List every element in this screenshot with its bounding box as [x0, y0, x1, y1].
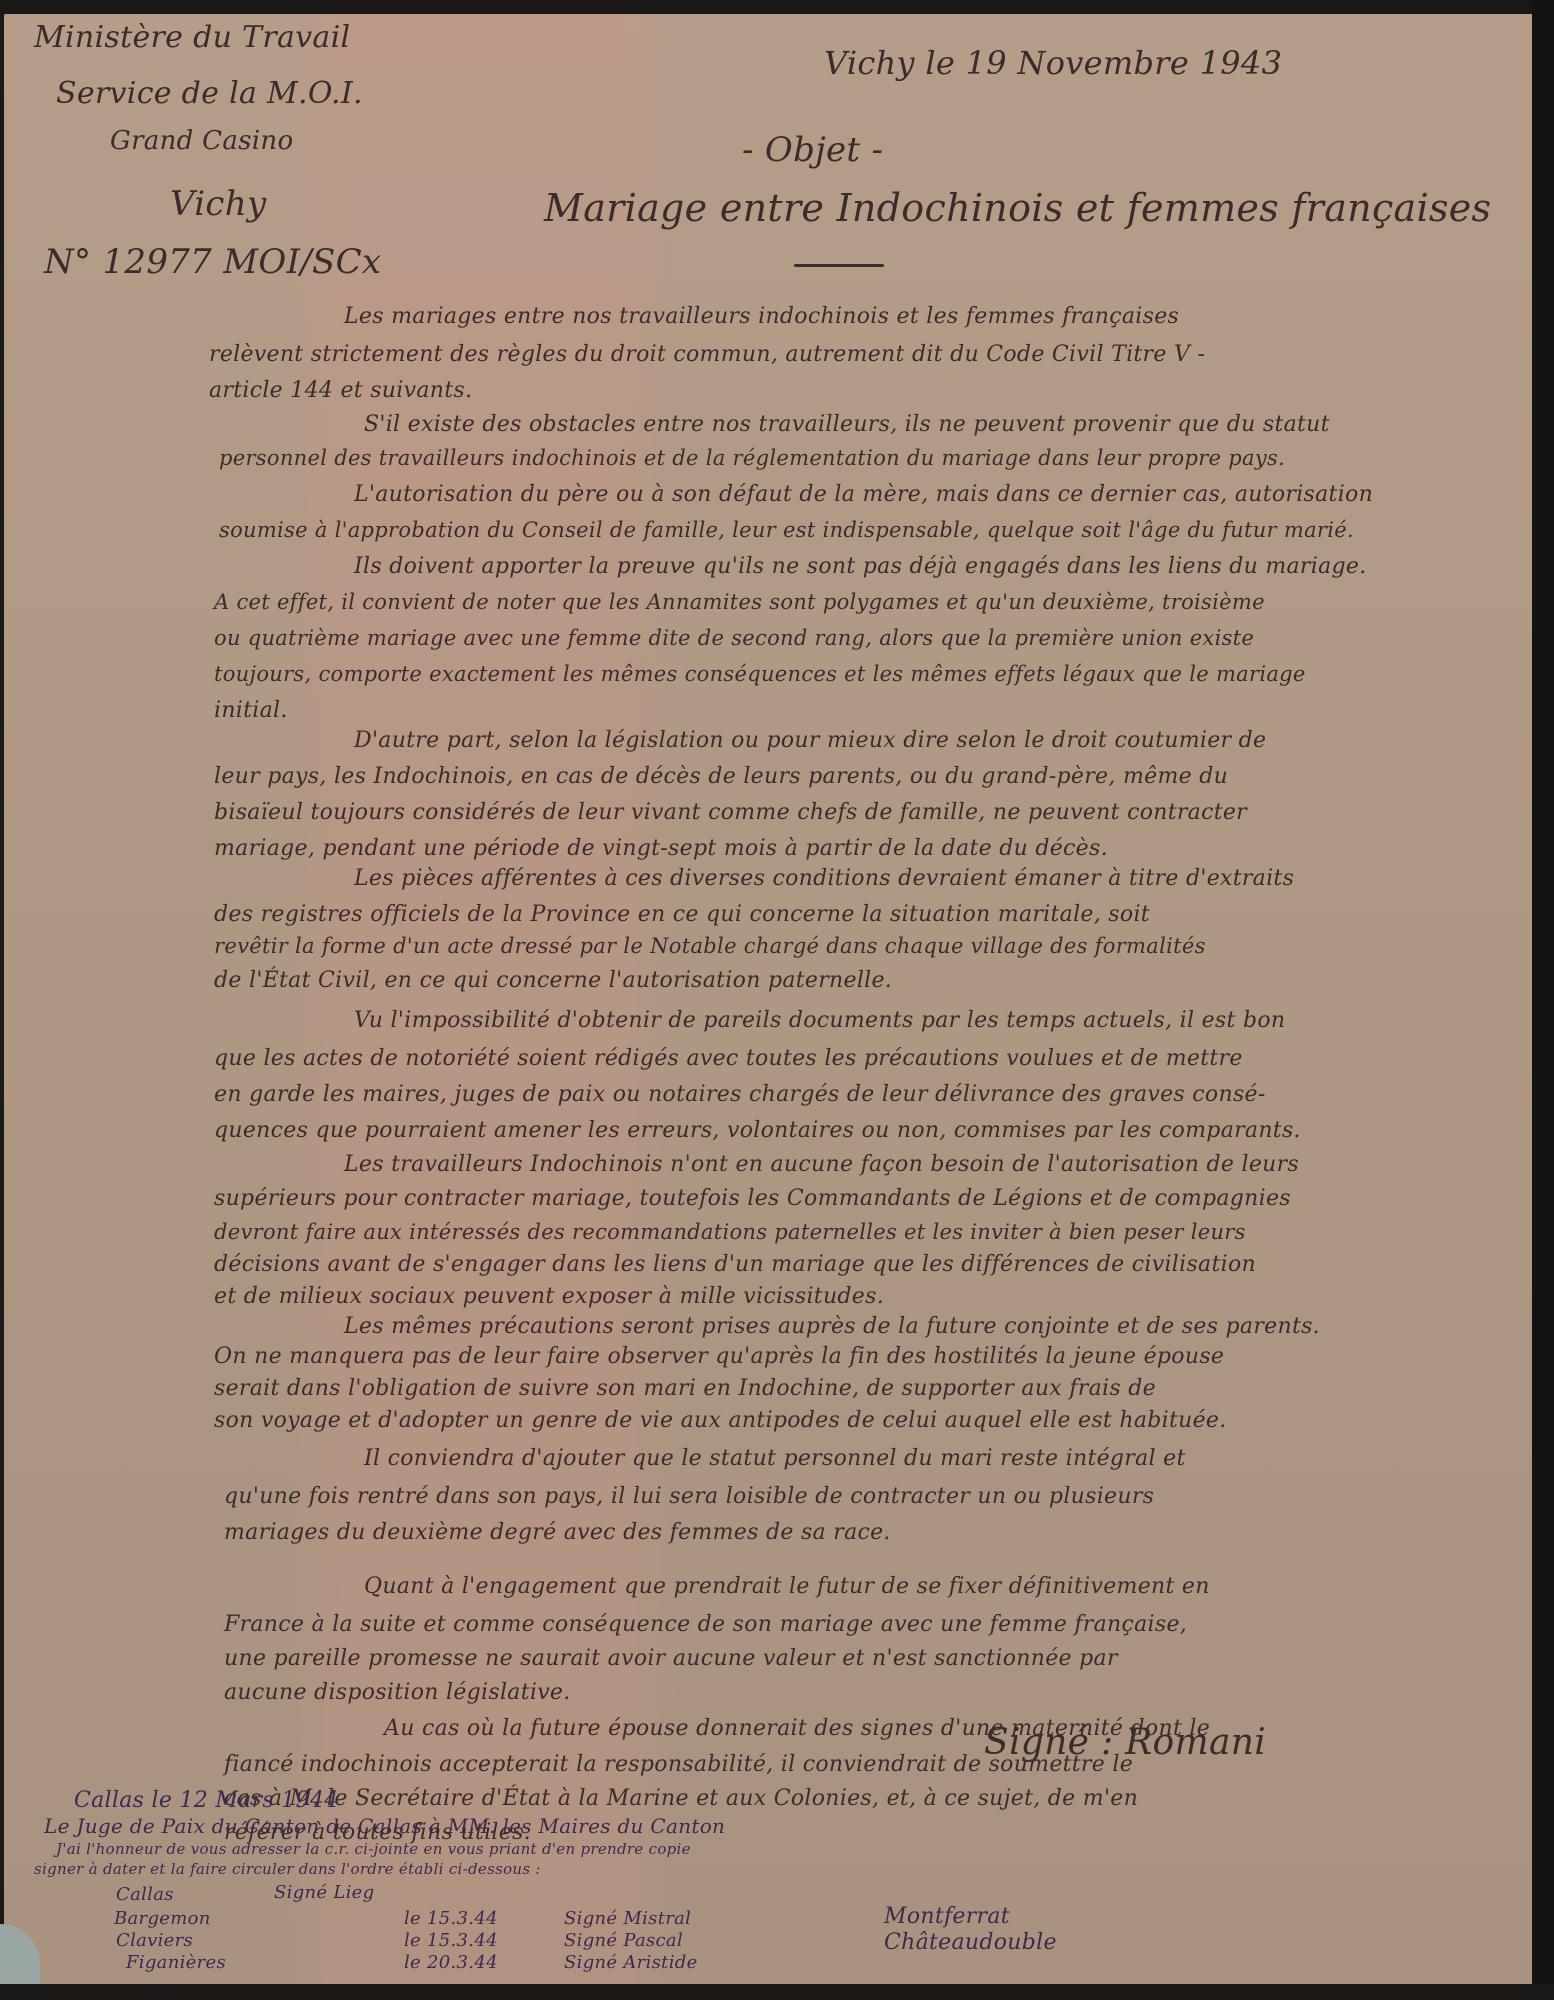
body-line: de l'État Civil, en ce qui concerne l'au…	[214, 968, 892, 993]
letter-date: Vichy le 19 Novembre 1943	[824, 44, 1282, 82]
body-line: cas à M. le Secrétaire d'État à la Marin…	[224, 1786, 1138, 1811]
circulation-commune: Callas	[116, 1884, 174, 1905]
subject-title: Mariage entre Indochinois et femmes fran…	[544, 186, 1491, 230]
body-line: Les mariages entre nos travailleurs indo…	[344, 304, 1179, 329]
scan-right-border	[1532, 0, 1554, 2000]
body-line: mariages du deuxième degré avec des femm…	[224, 1520, 891, 1545]
body-line: supérieurs pour contracter mariage, tout…	[214, 1186, 1291, 1211]
circulation-date: le 15.3.44	[404, 1908, 498, 1929]
body-line: Vu l'impossibilité d'obtenir de pareils …	[354, 1008, 1285, 1033]
body-line: A cet effet, il convient de noter que le…	[214, 590, 1265, 614]
annotation-line: J'ai l'honneur de vous adresser la c.r. …	[56, 1840, 691, 1858]
body-line: On ne manquera pas de leur faire observe…	[214, 1344, 1224, 1369]
body-line: Ils doivent apporter la preuve qu'ils ne…	[354, 554, 1367, 579]
body-line: L'autorisation du père ou à son défaut d…	[354, 482, 1373, 507]
body-line: Les travailleurs Indochinois n'ont en au…	[344, 1152, 1299, 1177]
body-line: quences que pourraient amener les erreur…	[214, 1118, 1301, 1143]
reference-number: N° 12977 MOI/SCx	[44, 242, 381, 282]
body-line: serait dans l'obligation de suivre son m…	[214, 1376, 1156, 1401]
body-line: ou quatrième mariage avec une femme dite…	[214, 626, 1254, 650]
body-line: D'autre part, selon la législation ou po…	[354, 728, 1266, 753]
body-line: relèvent strictement des règles du droit…	[209, 342, 1205, 367]
body-line: Quant à l'engagement que prendrait le fu…	[364, 1574, 1210, 1599]
annotation-line: signer à dater et la faire circuler dans…	[34, 1860, 541, 1878]
body-line: en garde les maires, juges de paix ou no…	[214, 1082, 1266, 1107]
circulation-commune: Claviers	[116, 1930, 193, 1951]
body-line: personnel des travailleurs indochinois e…	[219, 446, 1285, 470]
body-line: initial.	[214, 698, 288, 723]
annotation-dateline: Callas le 12 Mars 1944	[74, 1788, 339, 1813]
letterhead-service: Service de la M.O.I.	[56, 76, 363, 111]
scan-top-border	[0, 0, 1554, 14]
letter-page: Ministère du Travail Service de la M.O.I…	[4, 14, 1534, 1986]
letterhead-ministry: Ministère du Travail	[34, 20, 350, 55]
annotation-header: Le Juge de Paix du Canton de Callas à MM…	[44, 1814, 725, 1838]
body-line: leur pays, les Indochinois, en cas de dé…	[214, 764, 1228, 789]
letterhead-city: Vichy	[170, 184, 266, 224]
subject-underline	[794, 264, 884, 267]
body-line: une pareille promesse ne saurait avoir a…	[224, 1646, 1118, 1671]
body-line: toujours, comporte exactement les mêmes …	[214, 662, 1306, 686]
body-line: France à la suite et comme conséquence d…	[224, 1612, 1187, 1637]
circulation-signed: Signé Mistral	[564, 1908, 691, 1929]
body-line: article 144 et suivants.	[209, 378, 472, 403]
body-line: aucune disposition législative.	[224, 1680, 571, 1705]
body-line: son voyage et d'adopter un genre de vie …	[214, 1408, 1227, 1433]
body-line: bisaïeul toujours considérés de leur viv…	[214, 800, 1247, 825]
body-line: Il conviendra d'ajouter que le statut pe…	[364, 1446, 1186, 1471]
body-line: S'il existe des obstacles entre nos trav…	[364, 412, 1330, 437]
body-line: soumise à l'approbation du Conseil de fa…	[219, 518, 1354, 542]
body-line: devront faire aux intéressés des recomma…	[214, 1220, 1246, 1244]
scan-bottom-border	[0, 1984, 1554, 2000]
body-line: décisions avant de s'engager dans les li…	[214, 1252, 1256, 1277]
circulation-date: le 20.3.44	[404, 1952, 498, 1973]
body-line: que les actes de notoriété soient rédigé…	[214, 1046, 1243, 1071]
circulation-signed: Signé Pascal	[564, 1930, 683, 1951]
circulation-other: Châteaudouble	[884, 1930, 1057, 1955]
body-line: et de milieux sociaux peuvent exposer à …	[214, 1284, 884, 1309]
circulation-signed: Signé Lieg	[274, 1882, 374, 1903]
circulation-date: le 15.3.44	[404, 1930, 498, 1951]
body-line: Les mêmes précautions seront prises aupr…	[344, 1314, 1320, 1339]
body-line: revêtir la forme d'un acte dressé par le…	[214, 934, 1206, 958]
circulation-signed: Signé Aristide	[564, 1952, 698, 1973]
body-line: des registres officiels de la Province e…	[214, 902, 1150, 927]
circulation-other: Montferrat	[884, 1904, 1010, 1929]
body-line: mariage, pendant une période de vingt-se…	[214, 836, 1108, 861]
subject-label: - Objet -	[742, 130, 883, 170]
body-line: Les pièces afférentes à ces diverses con…	[354, 866, 1294, 891]
signature: Signé : Romani	[984, 1722, 1266, 1763]
letterhead-location: Grand Casino	[110, 126, 293, 156]
body-line: qu'une fois rentré dans son pays, il lui…	[224, 1484, 1154, 1509]
circulation-commune: Bargemon	[114, 1908, 211, 1929]
circulation-commune: Figanières	[126, 1952, 226, 1973]
